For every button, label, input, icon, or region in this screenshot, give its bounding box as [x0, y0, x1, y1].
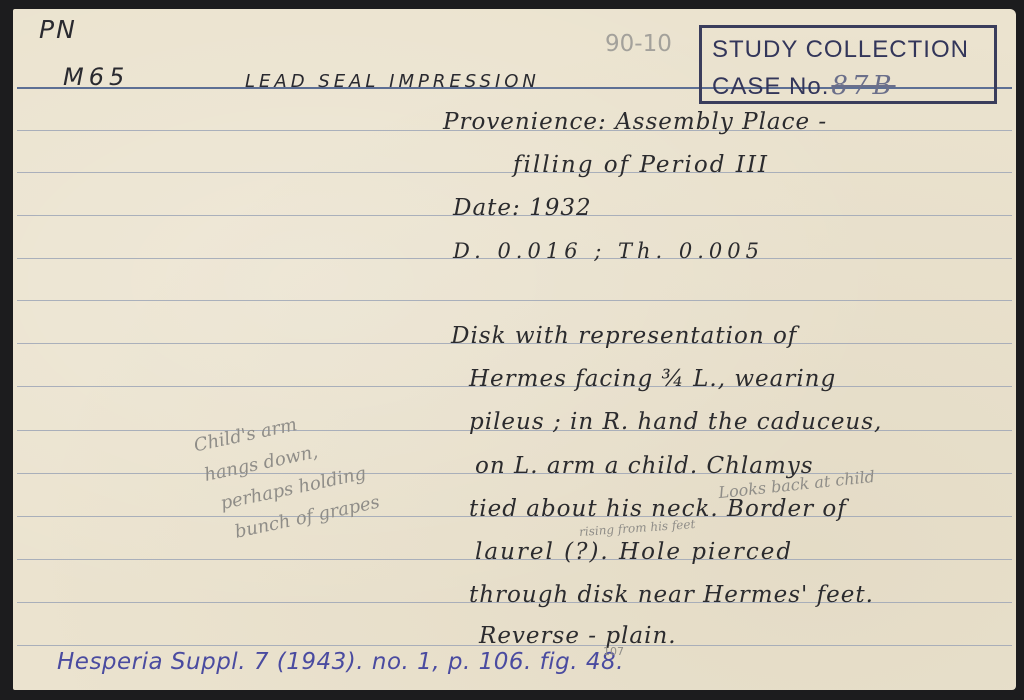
margin-pencil-note: Child's arm hangs down, perhaps holding …	[191, 396, 383, 553]
description-line: Disk with representation of	[451, 323, 797, 349]
object-title: LEAD SEAL IMPRESSION	[245, 71, 540, 92]
description-line: on L. arm a child. Chlamys	[475, 453, 814, 479]
date-field: Date: 1932	[453, 195, 592, 221]
catalog-card: PN M65 LEAD SEAL IMPRESSION 90-10 STUDY …	[13, 9, 1016, 690]
description-line: Hermes facing ¾ L., wearing	[469, 366, 836, 392]
inventory-number: M65	[63, 63, 129, 91]
description-line: tied about his neck. Border of	[469, 496, 847, 522]
provenience-line1: Provenience: Assembly Place -	[443, 109, 827, 135]
bibliographic-reference: Hesperia Suppl. 7 (1943). no. 1, p. 106.…	[57, 649, 624, 675]
pencil-page-correction: 107	[603, 645, 624, 658]
stamp-line2: CASE No.87B	[712, 71, 896, 101]
pencil-note: 90-10	[605, 31, 672, 57]
stamp-line1: STUDY COLLECTION	[712, 36, 969, 64]
provenience-line2: filling of Period III	[513, 152, 769, 178]
description-line: laurel (?). Hole pierced	[475, 539, 793, 565]
description-line: Reverse - plain.	[479, 623, 677, 649]
ruled-line	[17, 300, 1012, 301]
case-label: CASE No.	[712, 73, 829, 100]
collection-code: PN	[39, 15, 77, 44]
dimensions-field: D. 0.016 ; Th. 0.005	[453, 239, 764, 263]
description-line: through disk near Hermes' feet.	[469, 582, 874, 608]
case-number: 87B	[831, 71, 895, 101]
description-line: pileus ; in R. hand the caduceus,	[469, 409, 882, 435]
study-collection-stamp: STUDY COLLECTION CASE No.87B	[699, 25, 997, 104]
